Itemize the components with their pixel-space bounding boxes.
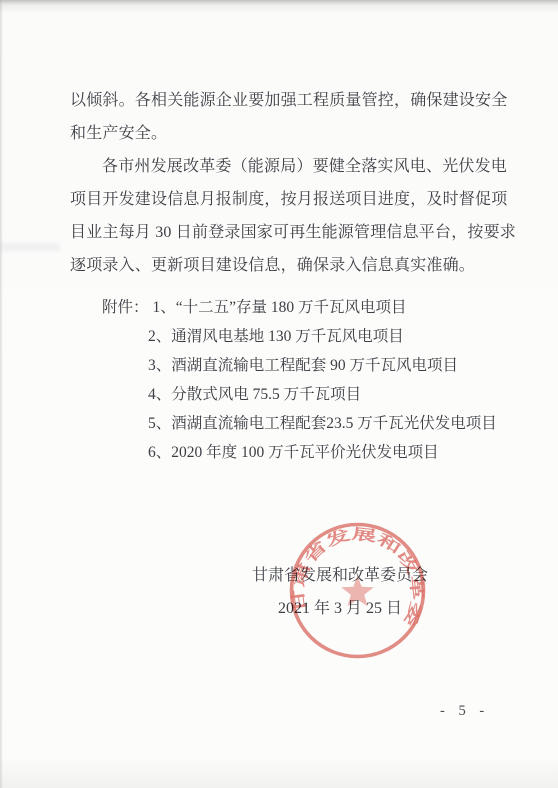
attachment-row: 2、通渭风电基地 130 万千瓦风电项目: [148, 322, 497, 351]
attachment-row: 6、2020 年度 100 万千瓦平价光伏发电项目: [148, 438, 497, 467]
signature-organization: 甘肃省发展和改革委员会: [232, 561, 448, 591]
attachment-row: 3、酒湖直流输电工程配套 90 万千瓦风电项目: [148, 351, 497, 380]
attachment-row: 4、分散式风电 75.5 万千瓦项目: [148, 380, 497, 409]
attachment-list: 附件： 1、“十二五”存量 180 万千瓦风电项目 2、通渭风电基地 130 万…: [102, 293, 497, 467]
body-line: 逐项录入、更新项目建设信息，确保录入信息真实准确。: [70, 249, 496, 282]
body-line: 项目开发建设信息月报制度，按月报送项目进度，及时督促项: [70, 183, 496, 216]
body-line: 以倾斜。各相关能源企业要加强工程质量管控，确保建设安全: [70, 84, 496, 117]
attachment-item: 1、“十二五”存量 180 万千瓦风电项目: [153, 293, 407, 322]
body-line: 和生产安全。: [70, 117, 496, 150]
page-number: - 5 -: [440, 703, 489, 720]
signature-block: 甘肃省发展和改革委员会 2021 年 3 月 25 日: [232, 561, 448, 624]
body-line: 各市州发展改革委（能源局）要健全落实风电、光伏发电: [70, 150, 496, 183]
body-text-block: 以倾斜。各相关能源企业要加强工程质量管控，确保建设安全 和生产安全。 各市州发展…: [70, 84, 496, 282]
scan-artifact: [0, 243, 60, 251]
attachment-label: 附件：: [102, 293, 149, 322]
body-line: 目业主每月 30 日前登录国家可再生能源管理信息平台，按要求: [70, 216, 496, 249]
attachment-row: 附件： 1、“十二五”存量 180 万千瓦风电项目: [102, 293, 497, 322]
scanned-document-page: 以倾斜。各相关能源企业要加强工程质量管控，确保建设安全 和生产安全。 各市州发展…: [0, 0, 558, 788]
attachment-row: 5、酒湖直流输电工程配套23.5 万千瓦光伏发电项目: [148, 409, 497, 438]
signature-date: 2021 年 3 月 25 日: [232, 594, 448, 624]
